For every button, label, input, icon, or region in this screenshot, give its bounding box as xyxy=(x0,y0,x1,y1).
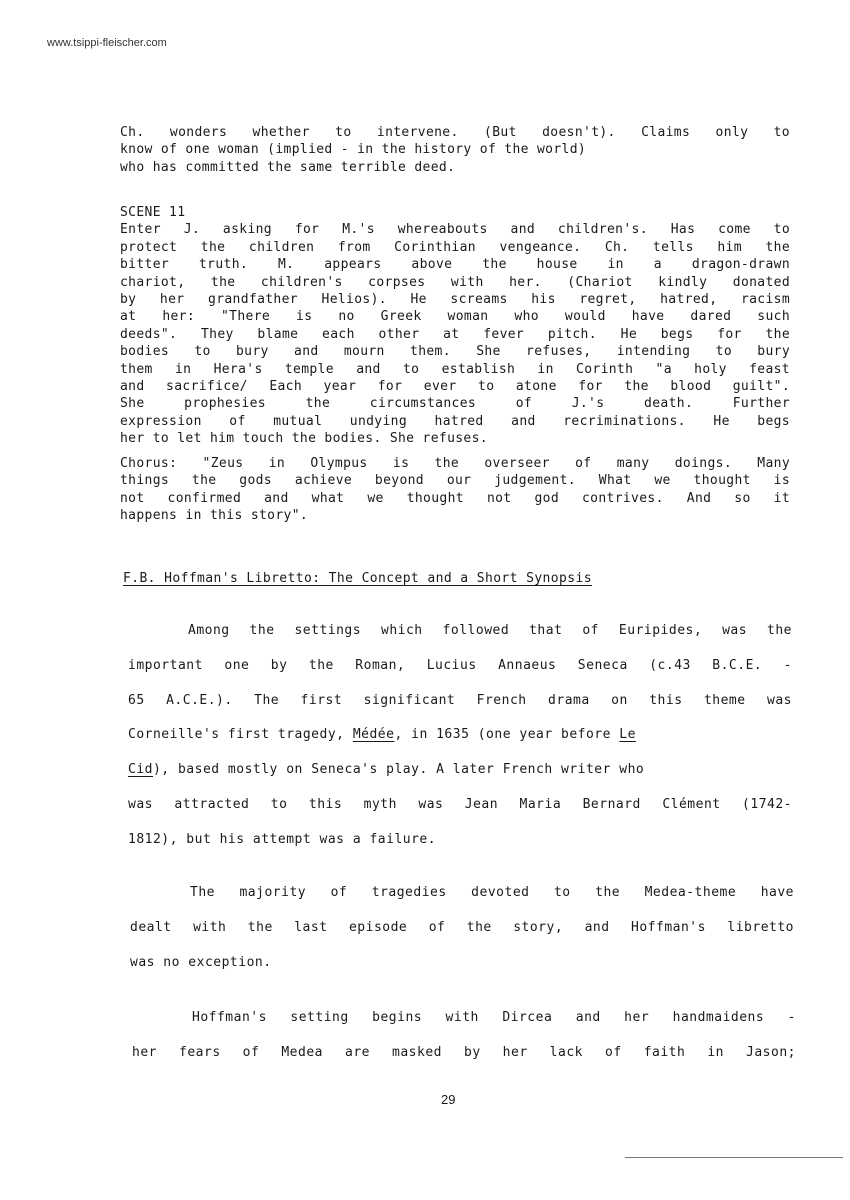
chorus-paragraph: Chorus: "Zeus in Olympus is the overseer… xyxy=(120,455,790,525)
text-line: not confirmed and what we thought not go… xyxy=(120,490,790,507)
website-url: www.tsippi-fleischer.com xyxy=(47,37,167,49)
text-line: was attracted to this myth was Jean Mari… xyxy=(128,788,792,823)
page-number: 29 xyxy=(441,1092,455,1107)
scene-11-block: SCENE 11 Enter J. asking for M.'s wherea… xyxy=(120,204,790,447)
text-line: her to let him touch the bodies. She ref… xyxy=(120,430,790,447)
text-line: know of one woman (implied - in the hist… xyxy=(120,141,790,158)
text-line: and sacrifice/ Each year for ever to ato… xyxy=(120,378,790,395)
text-line: bodies to bury and mourn them. She refus… xyxy=(120,343,790,360)
text-line: Ch. wonders whether to intervene. (But d… xyxy=(120,124,790,141)
body-paragraph-settings: Among the settings which followed that o… xyxy=(128,614,792,858)
body-paragraph-majority: The majority of tragedies devoted to the… xyxy=(130,876,794,980)
synopsis-paragraph-chorus-intervene: Ch. wonders whether to intervene. (But d… xyxy=(120,124,790,176)
play-title-le-cid-part: Cid xyxy=(128,762,153,777)
text-line: Corneille's first tragedy, Médée, in 163… xyxy=(128,718,792,753)
text-line: Among the settings which followed that o… xyxy=(128,614,792,649)
text-line: expression of mutual undying hatred and … xyxy=(120,413,790,430)
text-line: things the gods achieve beyond our judge… xyxy=(120,472,790,489)
text-line: 65 A.C.E.). The first significant French… xyxy=(128,684,792,719)
text-line: who has committed the same terrible deed… xyxy=(120,159,790,176)
text-line: Chorus: "Zeus in Olympus is the overseer… xyxy=(120,455,790,472)
text-span: Corneille's first tragedy, xyxy=(128,727,353,742)
text-line: chariot, the children's corpses with her… xyxy=(120,274,790,291)
play-title-le-cid-part: Le xyxy=(619,727,636,742)
text-line: bitter truth. M. appears above the house… xyxy=(120,256,790,273)
text-line: Cid), based mostly on Seneca's play. A l… xyxy=(128,753,792,788)
text-line: by her grandfather Helios). He screams h… xyxy=(120,291,790,308)
play-title-medee: Médée xyxy=(353,727,395,742)
text-line: The majority of tragedies devoted to the… xyxy=(130,876,794,911)
text-line: dealt with the last episode of the story… xyxy=(130,911,794,946)
scan-artifact-line xyxy=(625,1157,843,1158)
section-heading: F.B. Hoffman's Libretto: The Concept and… xyxy=(123,571,592,586)
text-span: , in 1635 (one year before xyxy=(394,727,619,742)
text-line: 1812), but his attempt was a failure. xyxy=(128,823,792,858)
text-line: protect the children from Corinthian ven… xyxy=(120,239,790,256)
text-line: Hoffman's setting begins with Dircea and… xyxy=(132,1001,796,1036)
text-line: Enter J. asking for M.'s whereabouts and… xyxy=(120,221,790,238)
scene-title: SCENE 11 xyxy=(120,204,790,221)
body-paragraph-hoffman-setting: Hoffman's setting begins with Dircea and… xyxy=(132,1001,796,1071)
text-line: her fears of Medea are masked by her lac… xyxy=(132,1036,796,1071)
text-span: ), based mostly on Seneca's play. A late… xyxy=(153,762,644,777)
text-line: She prophesies the circumstances of J.'s… xyxy=(120,395,790,412)
text-line: deeds". They blame each other at fever p… xyxy=(120,326,790,343)
text-line: them in Hera's temple and to establish i… xyxy=(120,361,790,378)
text-line: happens in this story". xyxy=(120,507,790,524)
text-line: at her: "There is no Greek woman who wou… xyxy=(120,308,790,325)
text-line: was no exception. xyxy=(130,946,794,981)
text-line: important one by the Roman, Lucius Annae… xyxy=(128,649,792,684)
